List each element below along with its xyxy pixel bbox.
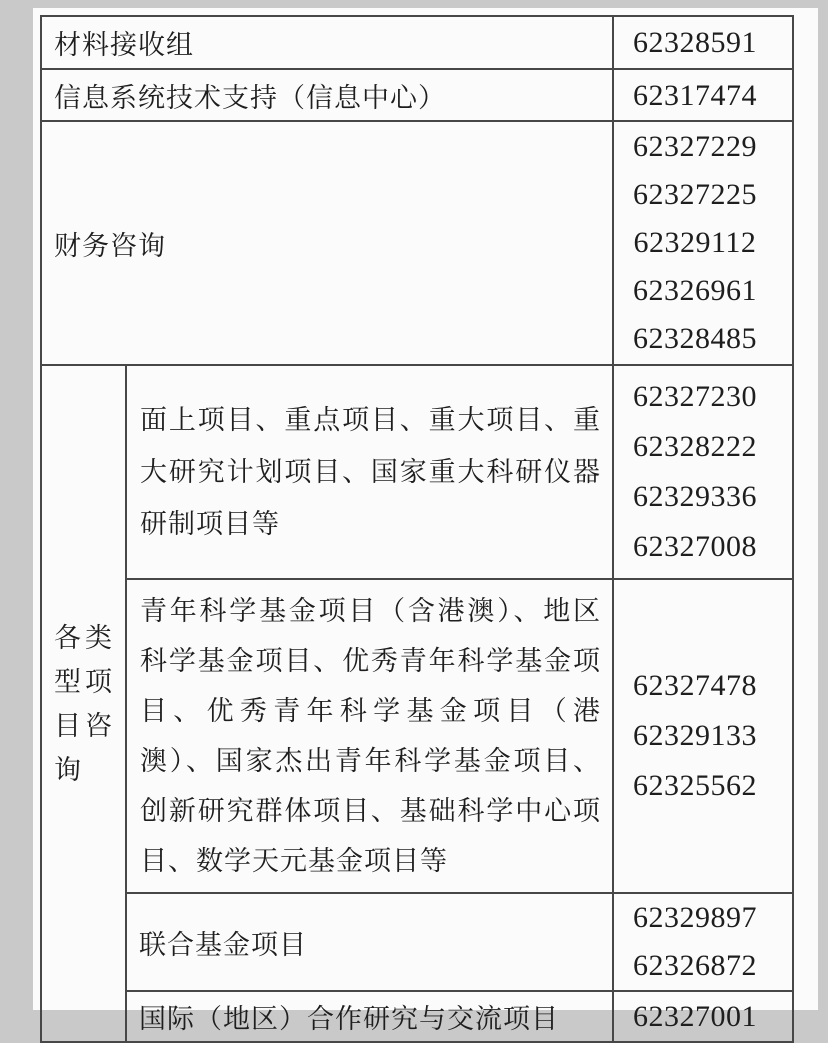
- table-row: 青年科学基金项目（含港澳）、地区科学基金项目、优秀青年科学基金项目、优秀青年科学…: [41, 579, 793, 893]
- project-type-desc: 青年科学基金项目（含港澳）、地区科学基金项目、优秀青年科学基金项目、优秀青年科学…: [126, 579, 613, 893]
- phone-number: 62327230: [614, 372, 776, 422]
- phone-number: 62329112: [614, 219, 776, 267]
- project-type-desc: 面上项目、重点项目、重大项目、重大研究计划项目、国家重大科研仪器研制项目等: [126, 365, 613, 579]
- phone-cell: 62317474: [613, 69, 793, 121]
- group-label: 各类型项目咨询: [41, 365, 126, 1019]
- phone-cell: 62329897 62326872: [613, 893, 793, 991]
- service-label: 信息系统技术支持（信息中心）: [41, 69, 613, 121]
- phone-cell: 62327478 62329133 62325562: [613, 579, 793, 893]
- phone-number: 62327229: [614, 123, 776, 171]
- phone-number: 62327478: [614, 661, 776, 711]
- phone-cell: 62327230 62328222 62329336 62327008: [613, 365, 793, 579]
- phone-cell: 62327229 62327225 62329112 62326961 6232…: [613, 121, 793, 365]
- table-row: 财务咨询 62327229 62327225 62329112 62326961…: [41, 121, 793, 365]
- phone-number: 62328222: [614, 422, 776, 472]
- scanned-page: 材料接收组 62328591 信息系统技术支持（信息中心） 62317474 财…: [33, 8, 818, 1010]
- phone-number: 62326872: [614, 942, 776, 990]
- phone-number: 62329133: [614, 711, 776, 761]
- phone-number: 62327008: [614, 522, 776, 572]
- table-row: 国际（地区）合作研究与交流项目 62327001: [41, 991, 793, 1019]
- contact-phone-table: 材料接收组 62328591 信息系统技术支持（信息中心） 62317474 财…: [40, 15, 794, 1019]
- table-row: 材料接收组 62328591: [41, 16, 793, 69]
- table-row: 信息系统技术支持（信息中心） 62317474: [41, 69, 793, 121]
- phone-number: 62317474: [614, 71, 776, 120]
- phone-number: 62325562: [614, 761, 776, 811]
- project-type-desc: 联合基金项目: [126, 893, 613, 991]
- phone-cell: 62328591: [613, 16, 793, 69]
- phone-number: 62329897: [614, 894, 776, 942]
- phone-number: 62327225: [614, 171, 776, 219]
- phone-number: 62328485: [614, 315, 776, 363]
- project-type-desc: 国际（地区）合作研究与交流项目: [126, 991, 613, 1019]
- phone-number: 62326961: [614, 267, 776, 315]
- phone-cell: 62327001: [613, 991, 793, 1019]
- phone-number: 62328591: [614, 18, 776, 67]
- service-label: 材料接收组: [41, 16, 613, 69]
- table-row: 各类型项目咨询 面上项目、重点项目、重大项目、重大研究计划项目、国家重大科研仪器…: [41, 365, 793, 579]
- phone-number: 62329336: [614, 472, 776, 522]
- phone-number: 62327001: [614, 992, 776, 1019]
- table-row: 联合基金项目 62329897 62326872: [41, 893, 793, 991]
- service-label: 财务咨询: [41, 121, 613, 365]
